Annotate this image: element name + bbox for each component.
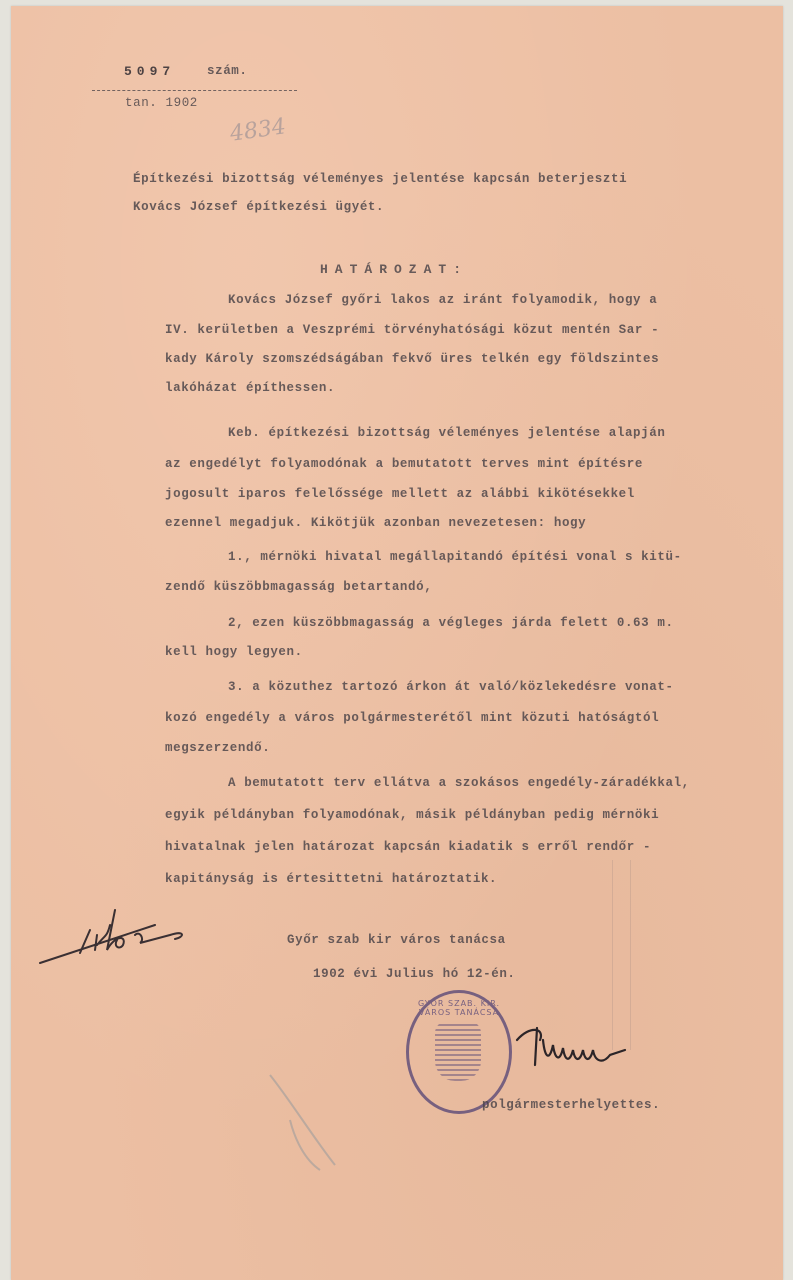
- body-line: Keb. építkezési bizottság véleményes jel…: [228, 426, 665, 440]
- document-page: [11, 6, 783, 1280]
- condition-item: kozó engedély a város polgármesterétől m…: [165, 711, 659, 725]
- header-divider: [92, 90, 297, 91]
- body-line: lakóházat építhessen.: [165, 381, 335, 395]
- document-number: 5097: [124, 64, 175, 79]
- body-line: hivatalnak jelen határozat kapcsán kiada…: [165, 840, 651, 854]
- body-line: kapitányság is értesittetni határoztatik…: [165, 872, 497, 886]
- closing-date: 1902 évi Julius hó 12-én.: [313, 967, 516, 981]
- body-line: egyik példányban folyamodónak, másik pél…: [165, 808, 659, 822]
- signatory-title: polgármesterhelyettes.: [482, 1098, 660, 1112]
- official-seal-stamp: GYŐR SZAB. KIR. VÁROS TANÁCSA: [406, 990, 512, 1114]
- condition-item: kell hogy legyen.: [165, 645, 303, 659]
- condition-item: 1., mérnöki hivatal megállapitandó építé…: [228, 550, 682, 564]
- coat-of-arms-icon: [435, 1021, 481, 1081]
- body-line: jogosult iparos felelőssége mellett az a…: [165, 487, 635, 501]
- body-line: Kovács József győri lakos az iránt folya…: [228, 293, 657, 307]
- mayor-signature-icon: [515, 1020, 655, 1080]
- body-line: az engedélyt folyamodónak a bemutatott t…: [165, 457, 643, 471]
- document-number-suffix: szám.: [207, 64, 248, 78]
- body-line: ezennel megadjuk. Kikötjük azonban nevez…: [165, 516, 586, 530]
- stamp-text: GYŐR SZAB. KIR. VÁROS TANÁCSA: [409, 999, 509, 1017]
- clerk-signature-icon: [35, 895, 195, 970]
- body-line: A bemutatott terv ellátva a szokásos eng…: [228, 776, 690, 790]
- pencil-mark-icon: [260, 1070, 350, 1170]
- condition-item: 2, ezen küszöbbmagasság a végleges járda…: [228, 616, 674, 630]
- document-subline: tan. 1902: [125, 96, 198, 110]
- decision-title: HATÁROZAT:: [320, 262, 468, 277]
- body-line: kady Károly szomszédságában fekvő üres t…: [165, 352, 659, 366]
- subject-line-1: Építkezési bizottság véleményes jelentés…: [133, 172, 627, 186]
- condition-item: megszerzendő.: [165, 741, 270, 755]
- body-line: IV. kerületben a Veszprémi törvényhatósá…: [165, 323, 659, 337]
- subject-line-2: Kovács József építkezési ügyét.: [133, 200, 384, 214]
- condition-item: 3. a közuthez tartozó árkon át való/közl…: [228, 680, 674, 694]
- closing-place: Győr szab kir város tanácsa: [287, 933, 506, 947]
- condition-item: zendő küszöbbmagasság betartandó,: [165, 580, 432, 594]
